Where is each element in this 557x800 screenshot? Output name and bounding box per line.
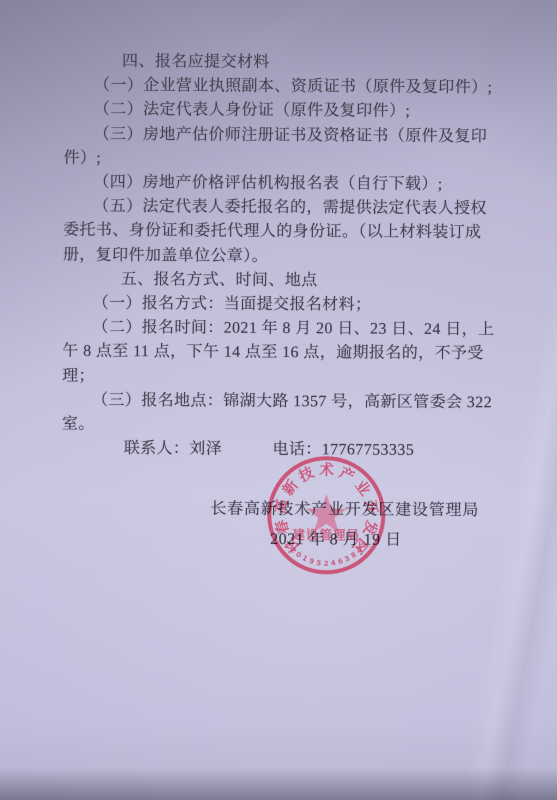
document-line: （二）法定代表人身份证（原件及复印件）; <box>64 98 482 125</box>
document-line: 册，复印件加盖单位公章）。 <box>63 243 481 270</box>
seal-inner-text: 建设管理局 <box>291 527 360 542</box>
seal-ring-char: 术 <box>318 462 334 479</box>
document-line: 四、报名应提交材料 <box>64 50 482 77</box>
document-line: （一）报名方式：当面提交报名材料； <box>63 292 481 319</box>
document-lines: 四、报名应提交材料（一）企业营业执照副本、资质证书（原件及复印件）;（二）法定代… <box>62 50 482 440</box>
seal-ring-char: 开 <box>361 498 380 516</box>
official-seal: 长春高新技术产业开发区 建设管理局 2201952463847 <box>251 440 402 591</box>
document-line: （二）报名时间：2021 年 8 月 20 日、23 日、24 日，上 <box>62 316 480 343</box>
document-line: （三）报名地点：锦湖大路 1357 号，高新区管委会 322 <box>62 389 480 416</box>
document-line: 五、报名方式、时间、地点 <box>63 268 481 295</box>
document-photo: 四、报名应提交材料（一）企业营业执照副本、资质证书（原件及复印件）;（二）法定代… <box>0 0 557 800</box>
document-line: （五）法定代表人委托报名的，需提供法定代表人授权 <box>63 195 481 222</box>
document-line: 室。 <box>62 413 480 440</box>
seal-ring-char: 春 <box>272 517 293 536</box>
seal-serial-digit: 9 <box>308 557 315 566</box>
seal-serial-digit: 1 <box>301 554 309 563</box>
document-line: 委托书、身份证和委托代理人的身份证。（以上材料装订成 <box>63 219 481 246</box>
contact-person: 联系人：刘泽 <box>124 440 223 458</box>
document-line: （四）房地产价格评估机构报名表（自行下载）; <box>63 171 481 198</box>
seal-serial-digit: 4 <box>330 559 336 568</box>
star-icon <box>306 494 346 532</box>
seal-ring-char: 高 <box>271 497 292 515</box>
paper-tilt-wrapper: 四、报名应提交材料（一）企业营业执照副本、资质证书（原件及复印件）;（二）法定代… <box>0 0 557 800</box>
document-line: 理； <box>62 364 480 391</box>
seal-serial-digit: 2 <box>324 560 329 568</box>
seal-serial-digit: 5 <box>316 559 322 568</box>
document-body: 四、报名应提交材料（一）企业营业执照副本、资质证书（原件及复印件）;（二）法定代… <box>62 50 483 464</box>
document-line: 件）; <box>63 146 481 173</box>
seal-serial-digit: 6 <box>337 557 344 566</box>
document-line: （三）房地产估价师注册证书及资格证书（原件及复印 <box>64 122 482 149</box>
document-line: （一）企业营业执照副本、资质证书（原件及复印件）; <box>64 74 482 101</box>
document-line: 午 8 点至 11 点，下午 14 点至 16 点，逾期报名的，不予受 <box>62 340 480 367</box>
